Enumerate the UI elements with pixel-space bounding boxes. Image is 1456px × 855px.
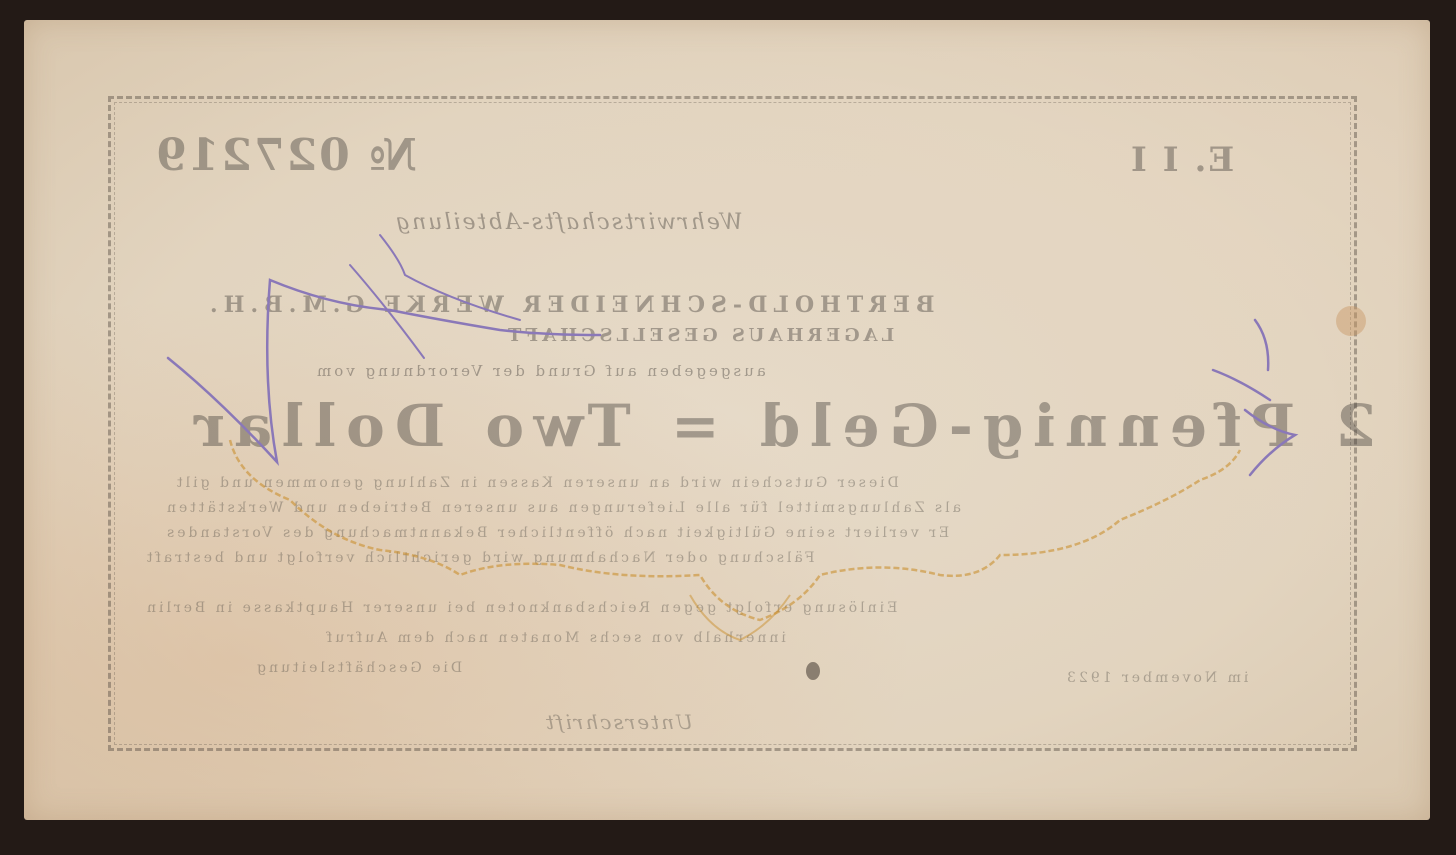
scalloped-stain xyxy=(230,440,1240,620)
pen-mark-right xyxy=(1213,320,1295,475)
markings-overlay xyxy=(0,0,1456,855)
